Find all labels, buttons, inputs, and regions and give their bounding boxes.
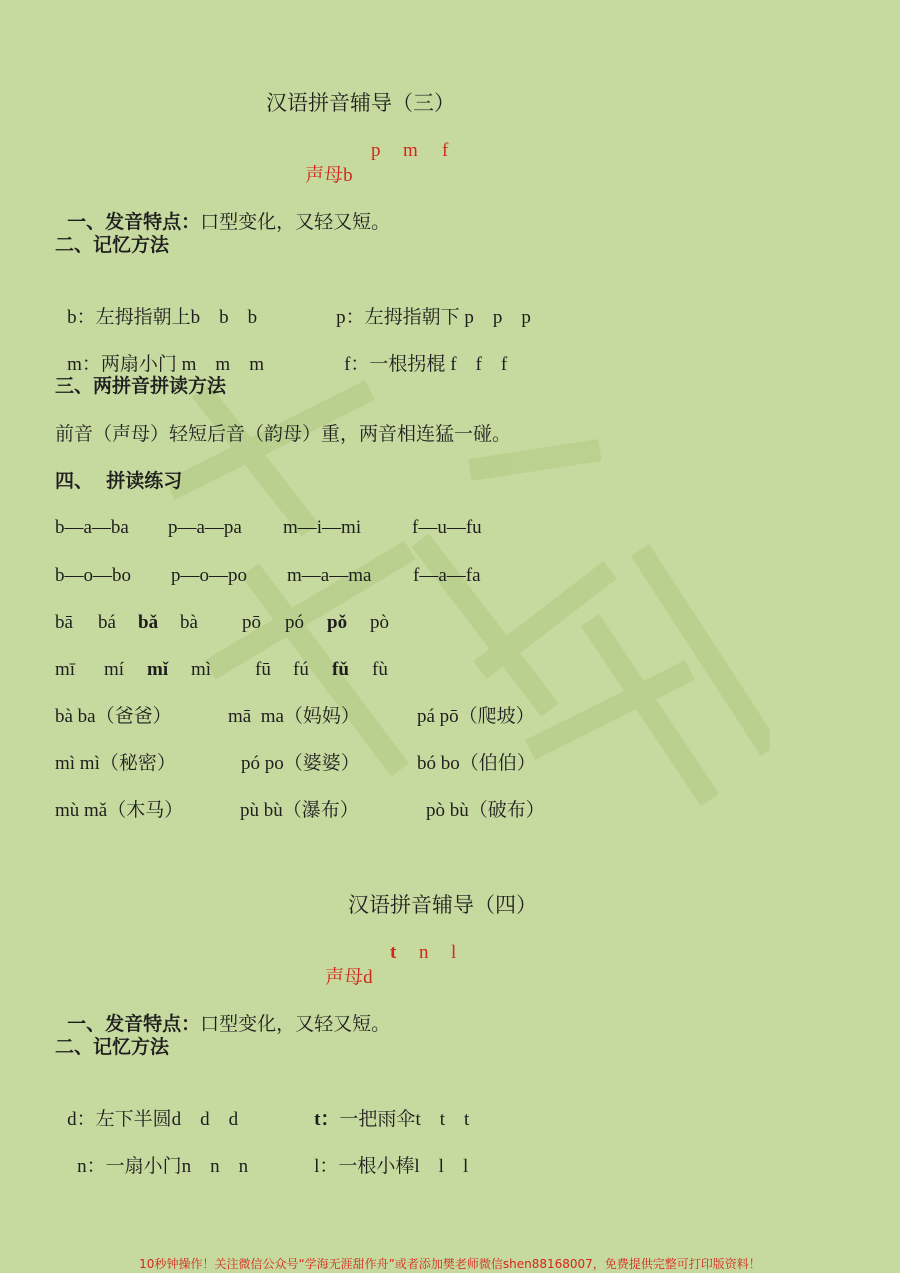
spell-item: p—a—pa (168, 516, 242, 540)
memory-item-d: d：左下半圆d d d (55, 1083, 238, 1132)
memory-item-m: m：两扇小门 m m m (55, 328, 264, 377)
memory-item-n: n：一扇小门n n n (65, 1130, 248, 1179)
subtitle-label: 声母 (325, 966, 363, 988)
spell-item: m—a—ma (287, 564, 371, 588)
spell-item: f—a—fa (413, 564, 481, 588)
spell-item: f—u—fu (412, 516, 482, 540)
subtitle-letter-f: f (442, 139, 448, 163)
tone-item: mí (104, 658, 124, 682)
heading-label: 一、发音特点： (67, 211, 200, 233)
subtitle-letter-l: l (451, 941, 456, 965)
tone-item: pǒ (327, 611, 347, 635)
spell-item: p—o—po (171, 564, 247, 588)
footer-promo-text: 10秒钟操作！关注微信公众号“学海无涯甜作舟”或者添加樊老师微信shen8816… (0, 1256, 900, 1272)
tone-item: pò (370, 611, 389, 635)
tone-item: fū (255, 658, 271, 682)
tone-item: fú (293, 658, 309, 682)
subtitle-letter-d: d (363, 967, 373, 988)
section4-subtitle: 声母d (313, 941, 373, 990)
tone-item: mǐ (147, 658, 168, 682)
heading-text: 口型变化，又轻又短。 (200, 211, 390, 233)
word-item: pá pō（爬坡） (417, 705, 535, 729)
section4-title: 汉语拼音辅导（四） (348, 893, 537, 917)
subtitle-letter-m: m (403, 139, 418, 163)
subtitle-letter-n: n (419, 941, 429, 965)
tone-item: bā (55, 611, 73, 635)
tone-item: bǎ (138, 611, 158, 635)
section3-subtitle: 声母b (293, 139, 353, 188)
word-item: mā ma（妈妈） (228, 705, 360, 729)
section3-heading-memory: 二、记忆方法 (55, 233, 169, 257)
heading-text: 口型变化，又轻又短。 (200, 1013, 390, 1035)
word-item: pò bù（破布） (426, 799, 545, 823)
tone-item: bà (180, 611, 198, 635)
subtitle-letter-b: b (343, 165, 353, 186)
tone-item: mī (55, 658, 75, 682)
tone-item: fù (372, 658, 388, 682)
tone-item: fǔ (332, 658, 349, 682)
word-item: mù mǎ（木马） (55, 799, 183, 823)
tone-item: pó (285, 611, 304, 635)
section4-heading-pronunciation: 一、发音特点：口型变化，又轻又短。 (55, 988, 390, 1036)
tone-item: pō (242, 611, 261, 635)
word-item: bó bo（伯伯） (417, 752, 536, 776)
memory-item-f: f：一根拐棍 f f f (332, 328, 507, 377)
spell-item: b—o—bo (55, 564, 131, 588)
memory-item-t: t：一把雨伞t t t (302, 1083, 469, 1132)
section3-heading-practice: 四、 拼读练习 (55, 469, 182, 493)
word-item: mì mì（秘密） (55, 752, 176, 776)
subtitle-letter-t: t (390, 941, 396, 965)
section3-heading-pronunciation: 一、发音特点：口型变化，又轻又短。 (55, 186, 390, 234)
subtitle-letter-p: p (371, 139, 381, 163)
spell-item: m—i—mi (283, 516, 361, 540)
memory-item-l: l：一根小棒l l l (302, 1130, 468, 1179)
subtitle-label: 声母 (305, 164, 343, 186)
word-item: pó po（婆婆） (241, 752, 360, 776)
method-text: 前音（声母）轻短后音（韵母）重，两音相连猛一碰。 (55, 422, 511, 446)
tone-item: bá (98, 611, 116, 635)
word-item: pù bù（瀑布） (240, 799, 359, 823)
memory-item-b: b：左拇指朝上b b b (55, 281, 257, 330)
memory-item-p: p：左拇指朝下 p p p (324, 281, 531, 330)
spell-item: b—a—ba (55, 516, 129, 540)
section3-heading-method: 三、两拼音拼读方法 (55, 374, 226, 398)
tone-item: mì (191, 658, 211, 682)
heading-label: 一、发音特点： (67, 1013, 200, 1035)
section4-heading-memory: 二、记忆方法 (55, 1035, 169, 1059)
section3-title: 汉语拼音辅导（三） (266, 91, 455, 115)
word-item: bà ba（爸爸） (55, 705, 172, 729)
